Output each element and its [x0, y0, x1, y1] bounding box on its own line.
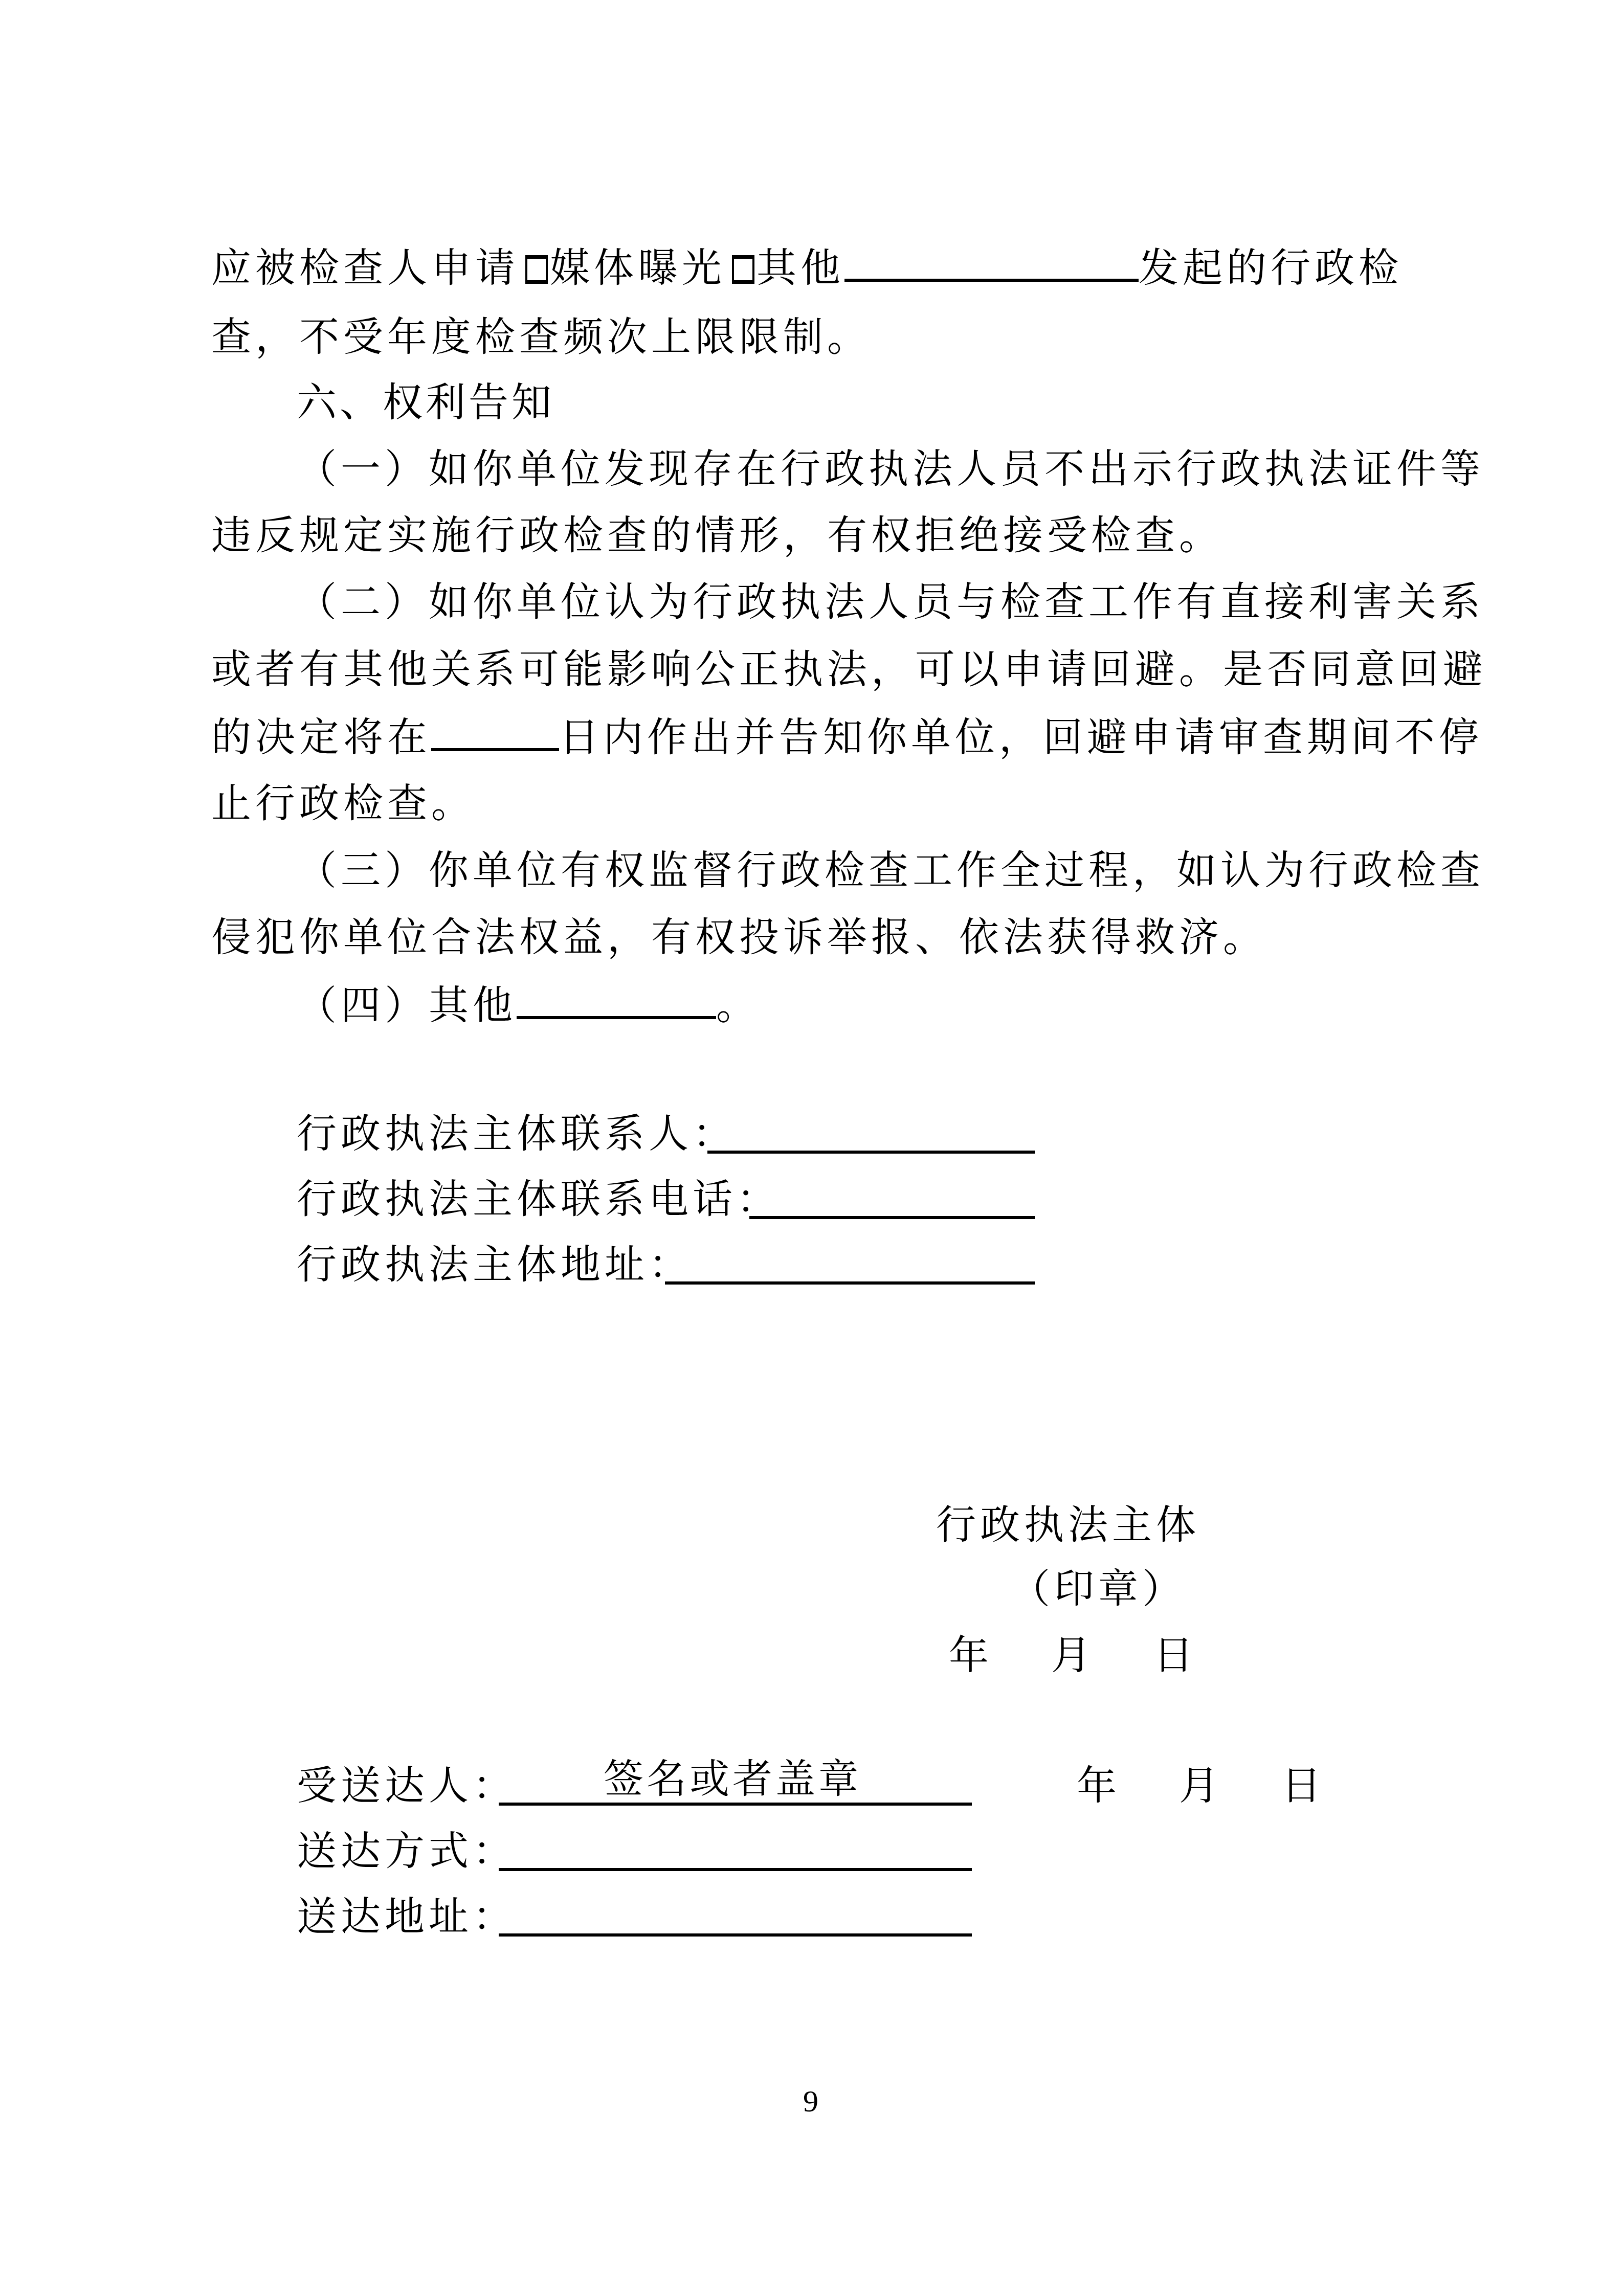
checkbox-other[interactable]	[732, 255, 754, 284]
contact-address-field[interactable]	[665, 1241, 1035, 1285]
delivery-address-field[interactable]	[499, 1893, 972, 1937]
right-4-line-1: （四）其他。	[297, 980, 1429, 1030]
paragraph-text: 发起的行政检	[1139, 245, 1403, 291]
checkbox-media-exposure[interactable]	[525, 255, 548, 284]
contact-phone-field[interactable]	[749, 1175, 1035, 1219]
seal-label: （印章）	[1010, 1565, 1186, 1614]
paragraph-continuation-line-1: 应被检查人申请媒体曝光其他发起的行政检	[211, 243, 1429, 293]
right-2-line-2: 或者有其他关系可能影响公正执法，可以申请回避。是否同意回避	[211, 645, 1429, 694]
recipient-signature-hint: 签名或者盖章	[604, 1755, 861, 1804]
checkbox-label: 媒体曝光	[550, 245, 726, 291]
contact-person-field[interactable]	[707, 1110, 1035, 1154]
paragraph-text: 。	[716, 983, 760, 1029]
paragraph-text: （四）其他	[297, 983, 517, 1029]
right-2-line-3: 的决定将在日内作出并告知你单位，回避申请审查期间不停	[211, 712, 1429, 762]
section-title-rights-notice: 六、权利告知	[297, 378, 1429, 427]
seal-date-day: 日	[1153, 1631, 1197, 1680]
days-blank[interactable]	[431, 712, 559, 751]
right-3-line-2: 侵犯你单位合法权益，有权投诉举报、依法获得救济。	[211, 913, 1429, 962]
seal-date-year: 年	[949, 1631, 993, 1680]
seal-entity-label: 行政执法主体	[936, 1501, 1200, 1550]
paragraph-continuation-line-2: 查，不受年度检查频次上限限制。	[211, 313, 1429, 362]
delivery-method-field[interactable]	[499, 1827, 972, 1871]
document-page: 应被检查人申请媒体曝光其他发起的行政检 查，不受年度检查频次上限限制。 六、权利…	[0, 0, 1624, 2296]
delivery-method-label: 送达方式：	[297, 1827, 517, 1876]
right-1-line-1: （一）如你单位发现存在行政执法人员不出示行政执法证件等	[297, 445, 1429, 494]
right-2-line-4: 止行政检查。	[211, 779, 1429, 828]
recipient-label: 受送达人：	[297, 1762, 517, 1811]
contact-address-label: 行政执法主体地址：	[297, 1241, 693, 1290]
delivery-address-label: 送达地址：	[297, 1893, 517, 1942]
right-3-line-1: （三）你单位有权监督行政检查工作全过程，如认为行政检查	[297, 846, 1429, 895]
paragraph-text: 的决定将在	[211, 715, 431, 761]
other-rights-blank[interactable]	[517, 980, 716, 1019]
delivery-date-day: 日	[1281, 1762, 1325, 1811]
right-2-line-1: （二）如你单位认为行政执法人员与检查工作有直接利害关系	[297, 578, 1429, 627]
other-reason-blank[interactable]	[844, 243, 1139, 282]
paragraph-text: 日内作出并告知你单位，回避申请审查期间不停	[559, 715, 1483, 761]
checkbox-label: 其他	[757, 245, 844, 291]
contact-person-label: 行政执法主体联系人：	[297, 1110, 737, 1159]
paragraph-text: 应被检查人申请	[211, 245, 519, 291]
page-number: 9	[803, 2084, 818, 2119]
right-1-line-2: 违反规定实施行政检查的情形，有权拒绝接受检查。	[211, 511, 1429, 560]
contact-phone-label: 行政执法主体联系电话：	[297, 1175, 781, 1224]
delivery-date-year: 年	[1077, 1762, 1121, 1811]
delivery-date-month: 月	[1179, 1762, 1223, 1811]
seal-date-month: 月	[1051, 1631, 1095, 1680]
